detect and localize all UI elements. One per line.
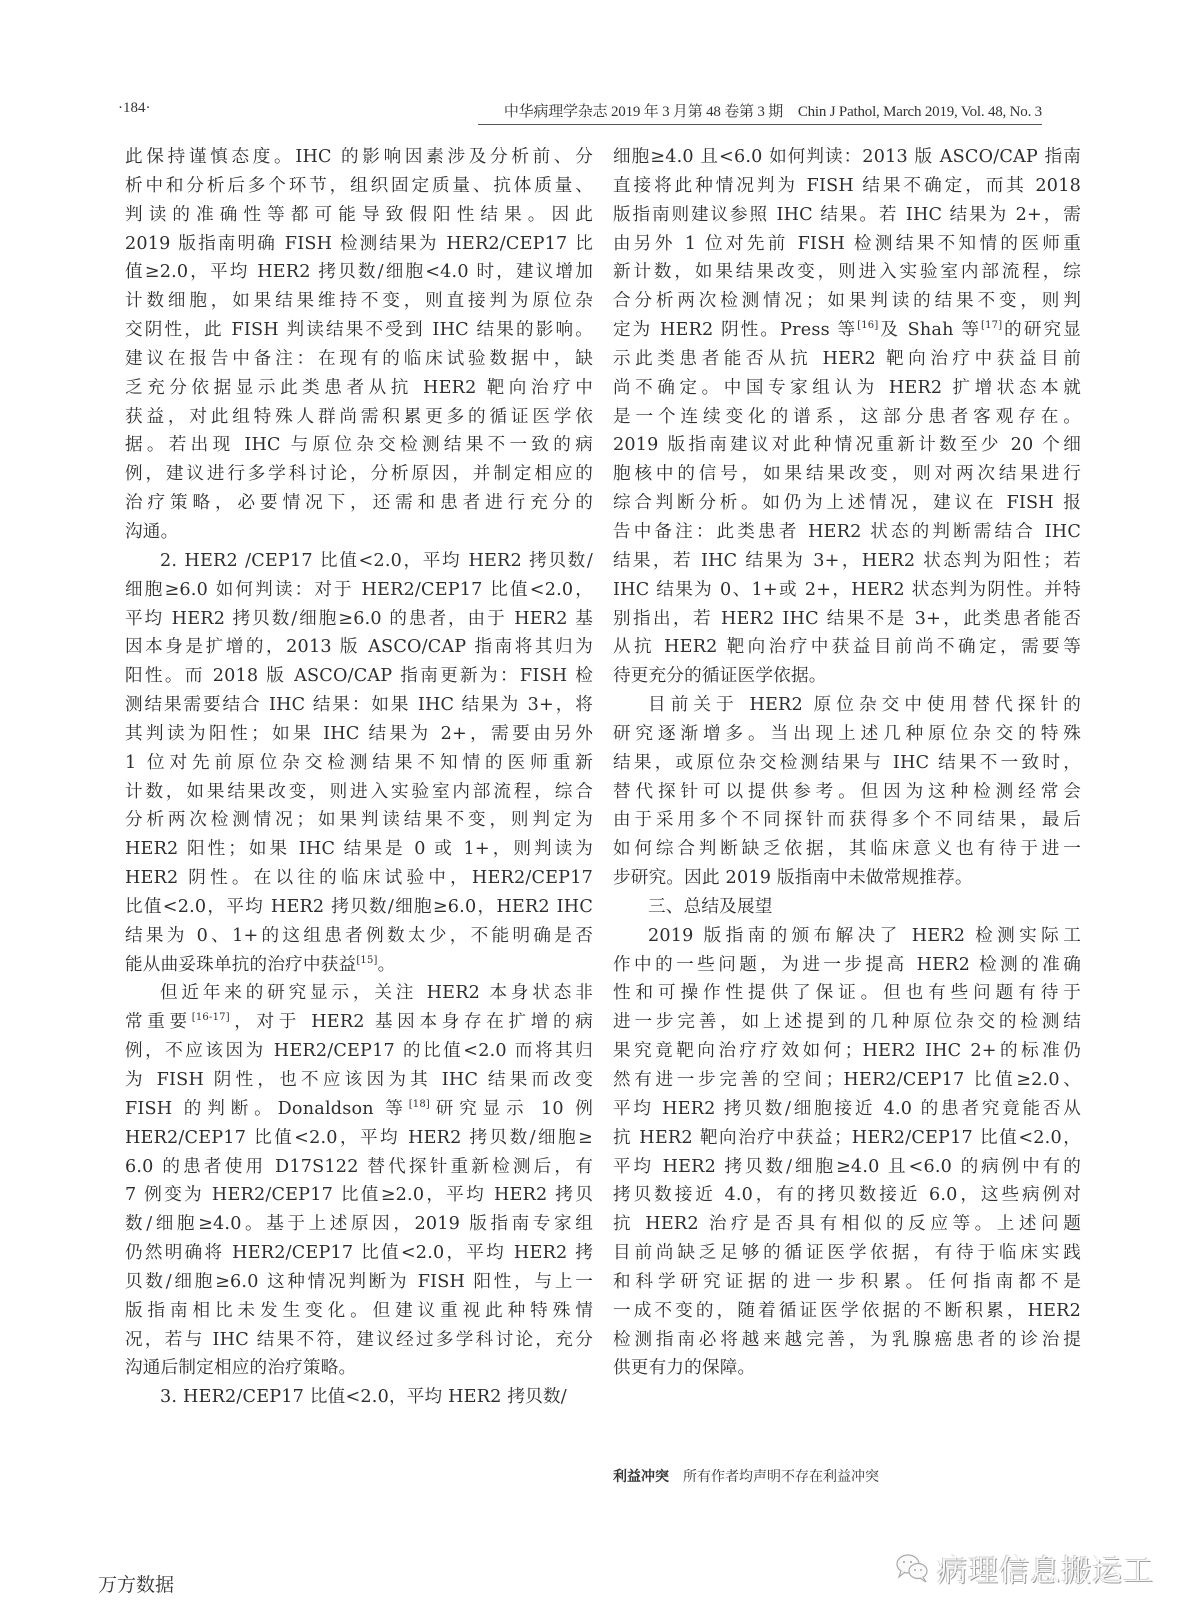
text-line: 结果，或原位杂交检测结果与 IHC 结果不一致时， (613, 749, 1081, 778)
text-line: 6.0 的患者使用 D17S122 替代探针重新检测后，有 (125, 1153, 593, 1182)
text-line: 细胞≥4.0 且<6.0 如何判读：2013 版 ASCO/CAP 指南 (613, 143, 1081, 172)
text-line: 供更有力的保障。 (613, 1354, 1081, 1383)
text-line: 析中和分析后多个环节，组织固定质量、抗体质量、 (125, 172, 593, 201)
text-line: 作中的一些问题，为进一步提高 HER2 检测的准确 (613, 951, 1081, 980)
text-line: FISH 的判断。Donaldson 等[18]研究显示 10 例 (125, 1095, 593, 1124)
text-line: 综合判断分析。如仍为上述情况，建议在 FISH 报 (613, 489, 1081, 518)
text-line: 2019 版指南的颁布解决了 HER2 检测实际工 (613, 922, 1081, 951)
text-line: 合分析两次检测情况；如果判读的结果不变，则判 (613, 287, 1081, 316)
text-line: 待更充分的循证医学依据。 (613, 662, 1081, 691)
text-line: 研究逐渐增多。当出现上述几种原位杂交的特殊 (613, 720, 1081, 749)
text-line: 仍然明确将 HER2/CEP17 比值<2.0，平均 HER2 拷 (125, 1239, 593, 1268)
text-line: 拷贝数接近 4.0，有的拷贝数接近 6.0，这些病例对 (613, 1181, 1081, 1210)
text-line: 但近年来的研究显示，关注 HER2 本身状态非 (125, 979, 593, 1008)
text-line: 替代探针可以提供参考。但因为这种检测经常会 (613, 778, 1081, 807)
text-line: 由另外 1 位对先前 FISH 检测结果不知情的医师重 (613, 230, 1081, 259)
text-line: 交阴性，此 FISH 判读结果不受到 IHC 结果的影响。 (125, 316, 593, 345)
text-line: 测结果需要结合 IHC 结果：如果 IHC 结果为 3+，将 (125, 691, 593, 720)
text-line: 目前关于 HER2 原位杂交中使用替代探针的 (613, 691, 1081, 720)
text-line: 2019 版指南建议对此种情况重新计数至少 20 个细 (613, 431, 1081, 460)
text-line: 结果，若 IHC 结果为 3+，HER2 状态判为阳性；若 (613, 547, 1081, 576)
text-line: 进一步完善，如上述提到的几种原位杂交的检测结 (613, 1008, 1081, 1037)
text-line: 然有进一步完善的空间；HER2/CEP17 比值≥2.0、 (613, 1066, 1081, 1095)
text-line: 步研究。因此 2019 版指南中未做常规推荐。 (613, 864, 1081, 893)
text-line: 如何综合判断缺乏依据，其临床意义也有待于进一 (613, 835, 1081, 864)
text-line: 性和可操作性提供了保证。但也有些问题有待于 (613, 979, 1081, 1008)
text-line: 三、总结及展望 (613, 893, 1081, 922)
wechat-icon (895, 1552, 931, 1584)
wanfang-data-logo: 万方数据 (98, 1570, 174, 1597)
text-line: 3. HER2/CEP17 比值<2.0，平均 HER2 拷贝数/ (125, 1383, 593, 1412)
text-line: 从抗 HER2 靶向治疗中获益目前尚不确定，需要等 (613, 633, 1081, 662)
text-line: IHC 结果为 0、1+或 2+，HER2 状态判为阴性。并特 (613, 576, 1081, 605)
coi-label: 利益冲突 (613, 1469, 669, 1485)
text-line: 抗 HER2 治疗是否具有相似的反应等。上述问题 (613, 1210, 1081, 1239)
text-line: 果究竟靶向治疗疗效如何；HER2 IHC 2+的标准仍 (613, 1037, 1081, 1066)
text-line: 目前尚缺乏足够的循证医学依据，有待于临床实践 (613, 1239, 1081, 1268)
text-line: 是一个连续变化的谱系，这部分患者客观存在。 (613, 403, 1081, 432)
text-line: 示此类患者能否从抗 HER2 靶向治疗中获益目前 (613, 345, 1081, 374)
text-line: 获益，对此组特殊人群尚需积累更多的循证医学依 (125, 403, 593, 432)
text-line: 结果为 0、1+的这组患者例数太少，不能明确是否 (125, 922, 593, 951)
text-line: 乏充分依据显示此类患者从抗 HER2 靶向治疗中 (125, 374, 593, 403)
text-line: 为 FISH 阴性，也不应该因为其 IHC 结果而改变 (125, 1066, 593, 1095)
text-line: 沟通。 (125, 518, 593, 547)
text-line: 据。若出现 IHC 与原位杂交检测结果不一致的病 (125, 431, 593, 460)
text-line: 细胞≥6.0 如何判读：对于 HER2/CEP17 比值<2.0， (125, 576, 593, 605)
right-column: 细胞≥4.0 且<6.0 如何判读：2013 版 ASCO/CAP 指南直接将此… (613, 143, 1081, 1383)
text-line: 计数，如果结果改变，则进入实验室内部流程，综合 (125, 778, 593, 807)
text-line: 一成不变的，随着循证医学依据的不断积累，HER2 (613, 1297, 1081, 1326)
text-line: 其判读为阳性；如果 IHC 结果为 2+，需要由另外 (125, 720, 593, 749)
text-line: 阳性。而 2018 版 ASCO/CAP 指南更新为：FISH 检 (125, 662, 593, 691)
text-line: 治疗策略，必要情况下，还需和患者进行充分的 (125, 489, 593, 518)
wechat-watermark: 病理信息搬运工 (895, 1548, 1154, 1588)
text-line: 检测指南必将越来越完善，为乳腺癌患者的诊治提 (613, 1326, 1081, 1355)
left-column: 此保持谨慎态度。IHC 的影响因素涉及分析前、分析中和分析后多个环节，组织固定质… (125, 143, 593, 1412)
text-line: 直接将此种情况判为 FISH 结果不确定，而其 2018 (613, 172, 1081, 201)
text-line: 例，建议进行多学科讨论，分析原因，并制定相应的 (125, 460, 593, 489)
text-line: 比值<2.0，平均 HER2 拷贝数/细胞≥6.0，HER2 IHC (125, 893, 593, 922)
text-line: 尚不确定。中国专家组认为 HER2 扩增状态本就 (613, 374, 1081, 403)
text-line: 2. HER2 /CEP17 比值<2.0，平均 HER2 拷贝数/ (125, 547, 593, 576)
text-line: 别指出，若 HER2 IHC 结果不是 3+，此类患者能否 (613, 605, 1081, 634)
text-line: 建议在报告中备注：在现有的临床试验数据中，缺 (125, 345, 593, 374)
page-number: ·184· (118, 100, 151, 117)
text-line: 况，若与 IHC 结果不符，建议经过多学科讨论，充分 (125, 1326, 593, 1355)
text-line: 平均 HER2 拷贝数/细胞≥6.0 的患者，由于 HER2 基 (125, 605, 593, 634)
text-line: 胞核中的信号，如果结果改变，则对两次结果进行 (613, 460, 1081, 489)
text-line: 值≥2.0，平均 HER2 拷贝数/细胞<4.0 时，建议增加 (125, 258, 593, 287)
text-line: 计数细胞，如果结果维持不变，则直接判为原位杂 (125, 287, 593, 316)
text-line: 1 位对先前原位杂交检测结果不知情的医师重新 (125, 749, 593, 778)
running-head: ·184· 中华病理学杂志 2019 年 3 月第 48 卷第 3 期 Chin… (118, 100, 1042, 122)
text-line: 定为 HER2 阴性。Press 等[16]及 Shah 等[17]的研究显 (613, 316, 1081, 345)
text-line: 版指南则建议参照 IHC 结果。若 IHC 结果为 2+，需 (613, 201, 1081, 230)
text-line: 版指南相比未发生变化。但建议重视此种特殊情 (125, 1297, 593, 1326)
text-line: 平均 HER2 拷贝数/细胞接近 4.0 的患者究竟能否从 (613, 1095, 1081, 1124)
text-line: HER2/CEP17 比值<2.0，平均 HER2 拷贝数/细胞≥ (125, 1124, 593, 1153)
text-line: 数/细胞≥4.0。基于上述原因，2019 版指南专家组 (125, 1210, 593, 1239)
text-line: 告中备注：此类患者 HER2 状态的判断需结合 IHC (613, 518, 1081, 547)
text-line: 能从曲妥珠单抗的治疗中获益[15]。 (125, 951, 593, 980)
text-line: 分析两次检测情况；如果判读结果不变，则判定为 (125, 806, 593, 835)
text-line: 常重要[16-17]，对于 HER2 基因本身存在扩增的病 (125, 1008, 593, 1037)
header-rule (478, 124, 1042, 125)
text-line: 新计数，如果结果改变，则进入实验室内部流程，综 (613, 258, 1081, 287)
journal-citation: 中华病理学杂志 2019 年 3 月第 48 卷第 3 期 Chin J Pat… (504, 100, 1042, 121)
text-line: 和科学研究证据的进一步积累。任何指南都不是 (613, 1268, 1081, 1297)
text-line: 2019 版指南明确 FISH 检测结果为 HER2/CEP17 比 (125, 230, 593, 259)
text-line: 判读的准确性等都可能导致假阳性结果。因此 (125, 201, 593, 230)
text-line: 例，不应该因为 HER2/CEP17 的比值<2.0 而将其归 (125, 1037, 593, 1066)
text-line: 7 例变为 HER2/CEP17 比值≥2.0，平均 HER2 拷贝 (125, 1181, 593, 1210)
text-line: 沟通后制定相应的治疗策略。 (125, 1354, 593, 1383)
text-line: HER2 阴性。在以往的临床试验中，HER2/CEP17 (125, 864, 593, 893)
coi-text: 所有作者均声明不存在利益冲突 (683, 1469, 879, 1485)
text-line: 因本身是扩增的，2013 版 ASCO/CAP 指南将其归为 (125, 633, 593, 662)
text-line: 平均 HER2 拷贝数/细胞≥4.0 且<6.0 的病例中有的 (613, 1153, 1081, 1182)
text-line: 抗 HER2 靶向治疗中获益；HER2/CEP17 比值<2.0， (613, 1124, 1081, 1153)
watermark-text: 病理信息搬运工 (937, 1546, 1154, 1590)
text-line: 由于采用多个不同探针而获得多个不同结果，最后 (613, 806, 1081, 835)
conflict-of-interest: 利益冲突所有作者均声明不存在利益冲突 (613, 1466, 879, 1486)
text-line: 贝数/细胞≥6.0 这种情况判断为 FISH 阳性，与上一 (125, 1268, 593, 1297)
text-line: HER2 阳性；如果 IHC 结果是 0 或 1+，则判读为 (125, 835, 593, 864)
text-line: 此保持谨慎态度。IHC 的影响因素涉及分析前、分 (125, 143, 593, 172)
